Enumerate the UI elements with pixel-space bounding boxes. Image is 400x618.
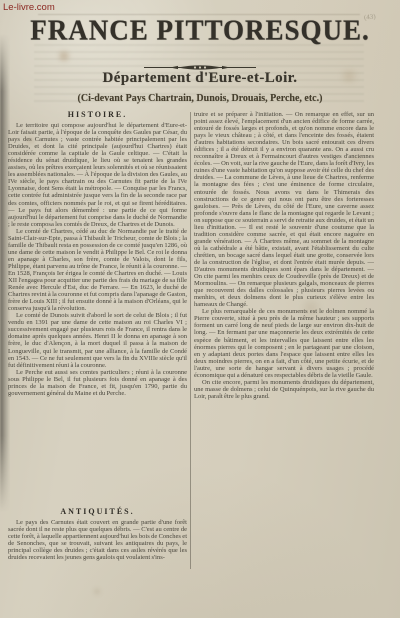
paragraph: Le pays des Carnutes était couvert en gr…: [8, 519, 187, 561]
paragraph: On cite encore, parmi les monuments drui…: [194, 379, 374, 400]
paragraph: Le territoire qui compose aujourd'hui le…: [8, 122, 187, 228]
former-provinces-subheading: (Ci-devant Pays Chartrain, Dunois, Droua…: [0, 93, 400, 104]
paragraph: Le plus remarquable de ces monuments est…: [194, 308, 374, 378]
department-heading: Département d'Eure-et-Loir.: [0, 70, 400, 87]
antiquites-section-title: ANTIQUITÉS.: [8, 507, 187, 516]
right-column: truire et se préparer à l'initiation. — …: [194, 111, 374, 572]
histoire-text: Le territoire qui compose aujourd'hui le…: [8, 122, 187, 503]
antiquites-text: Le pays des Carnutes était couvert en gr…: [8, 519, 187, 573]
paragraph: truire et se préparer à l'initiation. — …: [194, 111, 374, 308]
two-column-text-block: HISTOIRE. Le territoire qui compose aujo…: [8, 110, 380, 580]
paragraph: Le comté de Chartres, cédé au duc de Nor…: [8, 228, 187, 313]
histoire-section-title: HISTOIRE.: [8, 110, 187, 119]
scanned-page: Le-livre.com (43) FRANCE PITTORESQUE. Dé…: [0, 0, 400, 618]
watermark-text: Le-livre.com: [3, 2, 55, 13]
paragraph: Le Perche eut aussi ses comtes particuli…: [8, 369, 187, 397]
paragraph: Le comté de Dunois suivit d'abord le sor…: [8, 312, 187, 368]
column-divider-rule: [190, 112, 191, 569]
paper-stain: [92, 588, 102, 595]
signature-mark: T. II. — 3.: [8, 579, 187, 580]
masthead-title: FRANCE PITTORESQUE.: [0, 14, 400, 47]
left-column: HISTOIRE. Le territoire qui compose aujo…: [8, 110, 187, 580]
